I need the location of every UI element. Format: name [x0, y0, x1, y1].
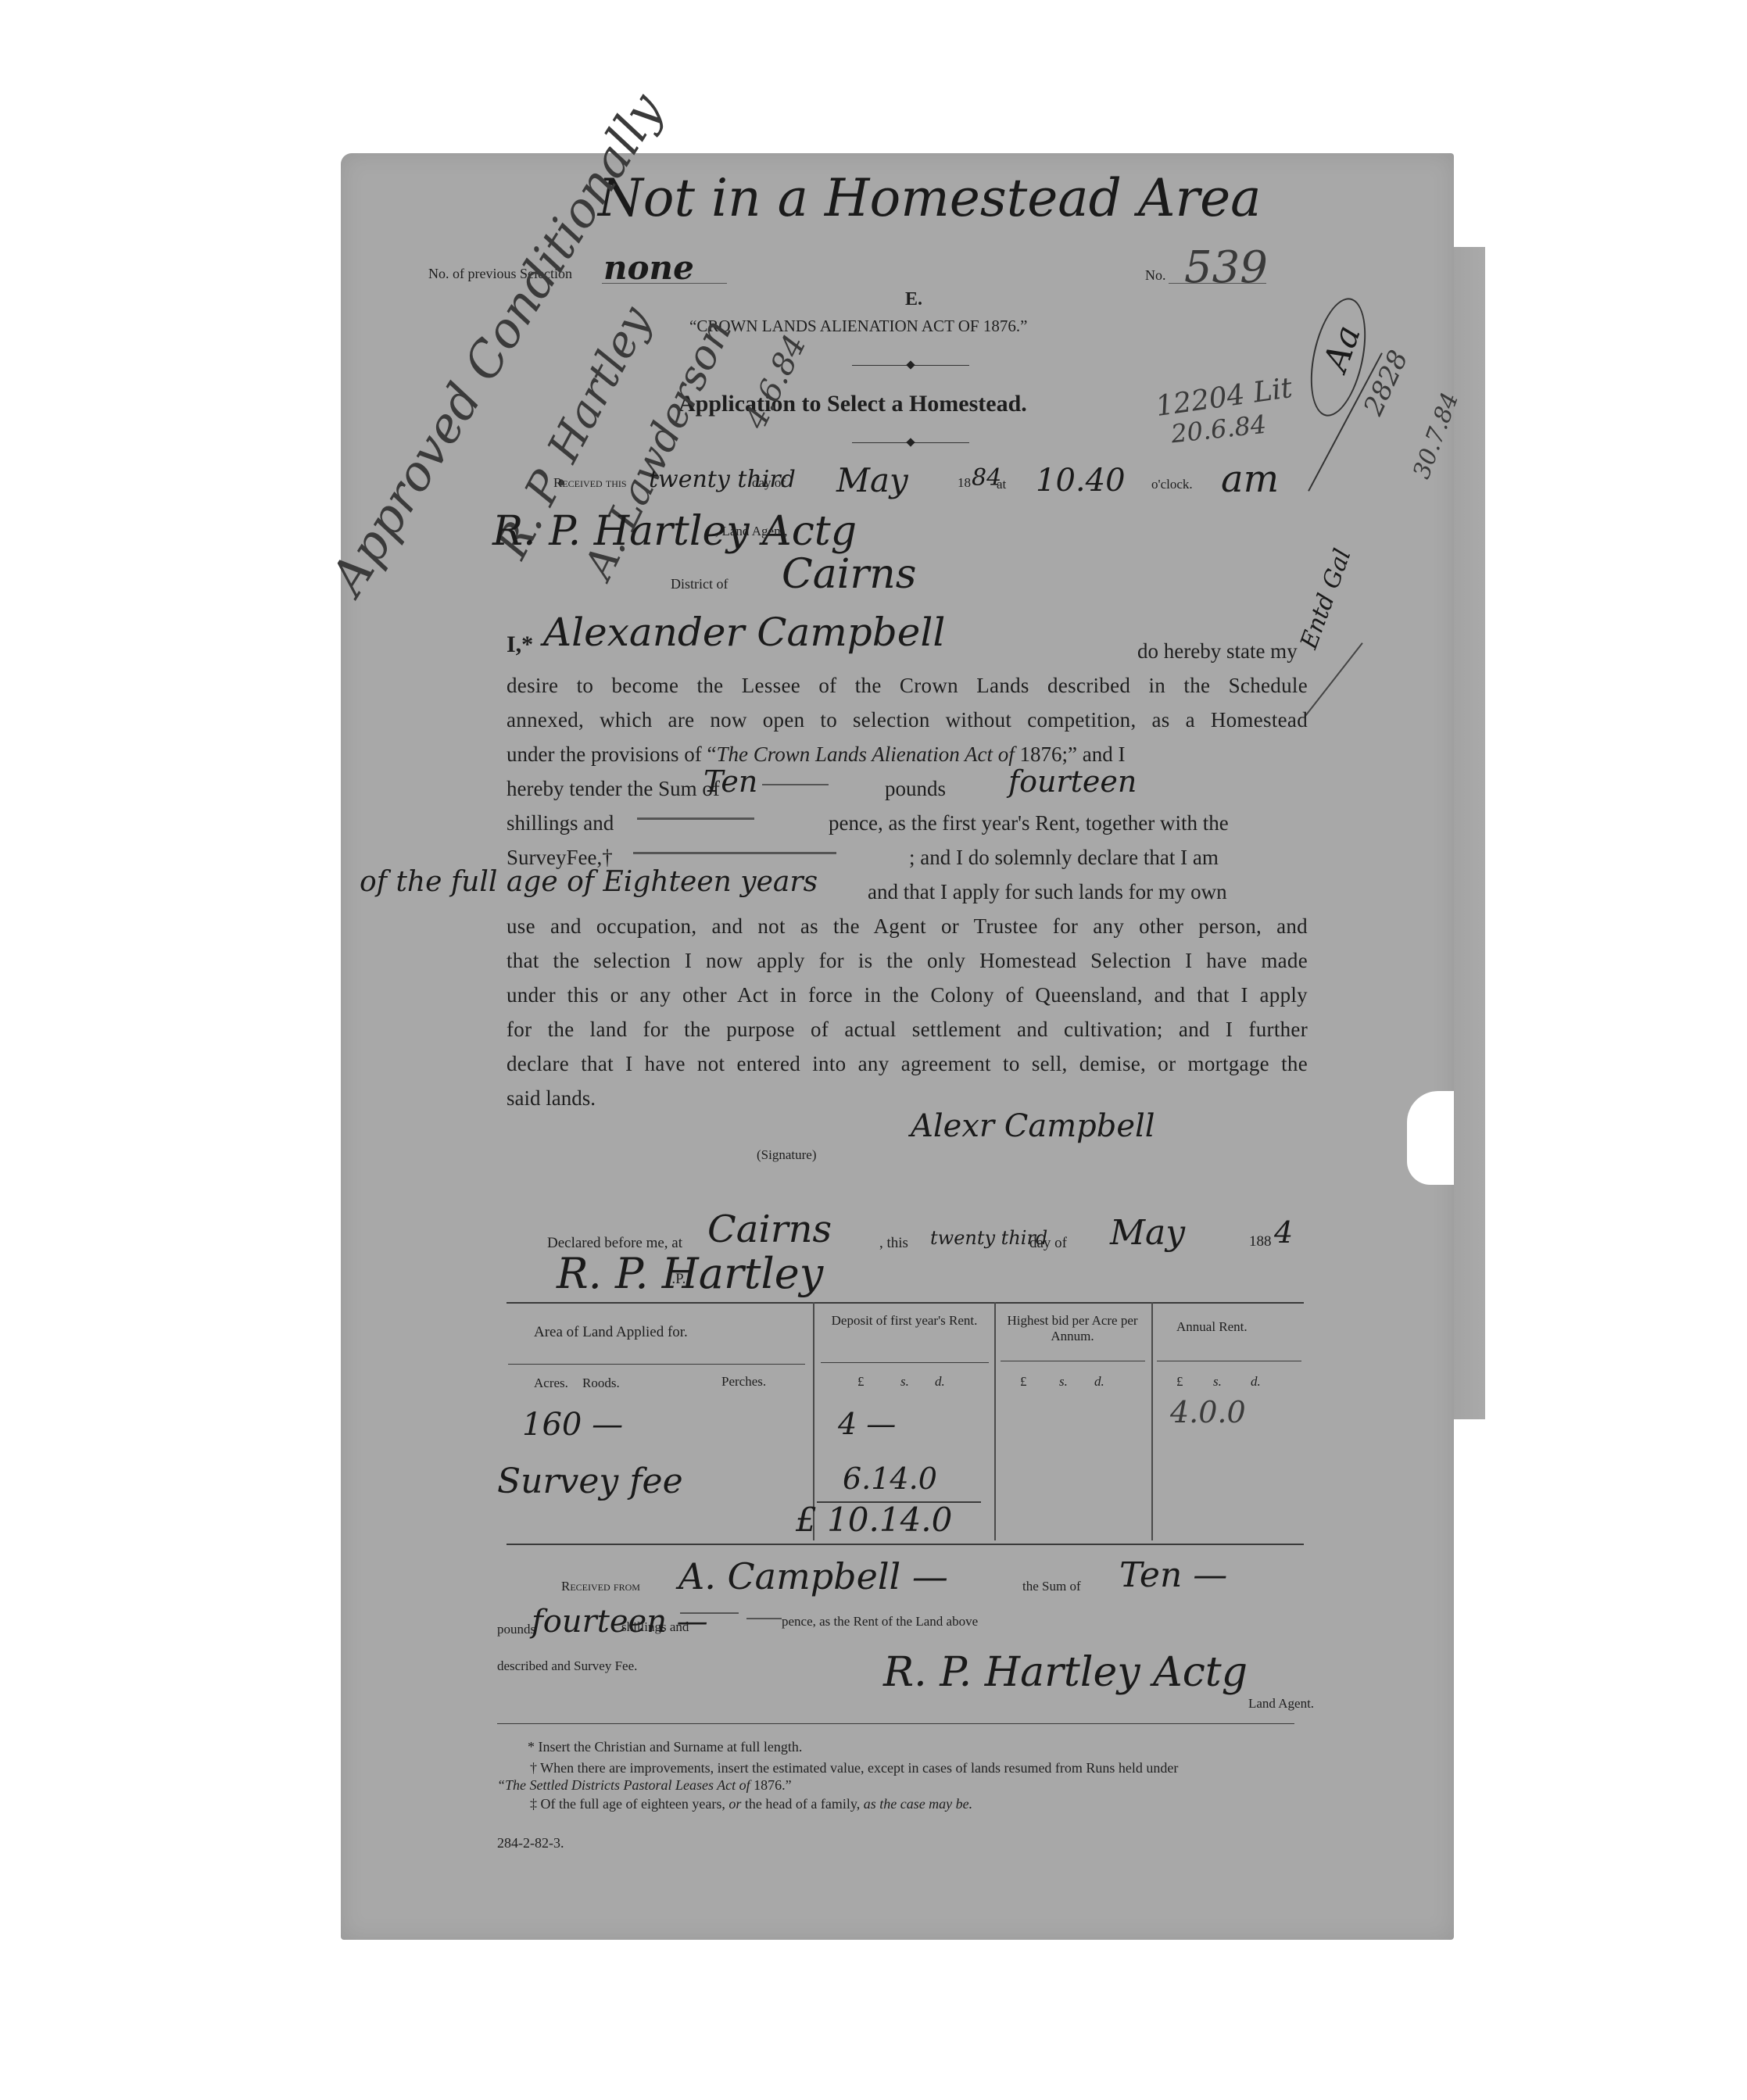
sub-deposit-pounds: £	[857, 1374, 865, 1390]
declaration-line4: under the provisions of “The Crown Lands…	[507, 742, 1308, 767]
sub-bid-pence: d.	[1094, 1374, 1104, 1390]
th-deposit: Deposit of first year's Rent.	[830, 1313, 979, 1329]
sub-perches: Perches.	[721, 1374, 766, 1390]
table-col-divider-3	[1151, 1302, 1153, 1540]
th-annual-rent: Annual Rent.	[1176, 1319, 1248, 1335]
received-at-label: at	[997, 477, 1006, 492]
sub-roods: Roods.	[582, 1376, 620, 1391]
declaration-line7-b: ; and I do solemnly declare that I am	[909, 846, 1219, 870]
district-value: Cairns	[782, 551, 916, 598]
sub-bid-pounds: £	[1020, 1374, 1027, 1390]
declared-place-value: Cairns	[707, 1207, 832, 1251]
footnote-2b-italic: “The Settled Districts Pastoral Leases A…	[497, 1777, 750, 1793]
receipt-pence-dash-2	[746, 1618, 782, 1619]
footnote-rule	[497, 1723, 1294, 1724]
form-code: 284-2-82-3.	[497, 1835, 564, 1851]
survey-fee-dash	[633, 852, 836, 854]
deposit-total: £ 10.14.0	[796, 1501, 952, 1539]
number-line	[1169, 283, 1266, 284]
footnote-2a: † When there are improvements, insert th…	[530, 1760, 1178, 1776]
sub-rent-shillings: s.	[1213, 1374, 1222, 1390]
table-subrule-4	[1157, 1361, 1301, 1361]
applicant-signature: Alexr Campbell	[911, 1108, 1155, 1144]
received-oclock-label: o'clock.	[1151, 477, 1193, 492]
row1-area: 160 —	[522, 1407, 623, 1443]
sub-deposit-pence: d.	[935, 1374, 945, 1390]
footnote-3a: ‡ Of the full age of eighteen years,	[530, 1796, 729, 1812]
declared-this-label: , this	[879, 1235, 908, 1252]
sub-rent-pounds: £	[1176, 1374, 1183, 1390]
declaration-line13: declare that I have not entered into any…	[507, 1052, 1308, 1076]
receipt-sum-value: Ten —	[1119, 1555, 1227, 1595]
declaration-line9: use and occupation, and not as the Agent…	[507, 914, 1308, 939]
table-subrule-2	[821, 1362, 989, 1363]
received-agent-value: R. P. Hartley Actg	[492, 508, 857, 555]
line4-act-italic: The Crown Lands Alienation Act of	[716, 742, 1014, 766]
form-letter: E.	[905, 289, 922, 310]
footnote-3-or: or	[729, 1796, 741, 1812]
declaration-line8-b: and that I apply for such lands for my o…	[868, 880, 1227, 904]
row1-deposit: 4 —	[838, 1407, 896, 1441]
torn-edge	[1407, 1091, 1454, 1185]
declaration-line5-b: pounds	[885, 777, 946, 801]
declared-month-value: May	[1110, 1213, 1185, 1253]
receipt-sum-of-label: the Sum of	[1022, 1579, 1081, 1594]
table-subrule-1	[508, 1364, 805, 1365]
declaration-line12: for the land for the purpose of actual s…	[507, 1018, 1308, 1042]
sub-roods-label: Roods.	[582, 1376, 620, 1390]
row1-annual-rent: 4.0.0	[1170, 1395, 1246, 1429]
receipt-from-label: Received from	[561, 1579, 640, 1594]
prev-selection-line	[602, 283, 727, 284]
jp-signature: R. P. Hartley	[557, 1249, 823, 1298]
receipt-described-label: described and Survey Fee.	[497, 1658, 637, 1674]
declaration-line6-a: shillings and	[507, 811, 614, 835]
receipt-agent-signature: R. P. Hartley Actg	[883, 1649, 1248, 1696]
receipt-agent-label: Land Agent.	[1248, 1696, 1314, 1712]
declaration-line14: said lands.	[507, 1086, 596, 1111]
prev-selection-value: none	[603, 249, 694, 287]
received-year-prefix: 18	[958, 475, 971, 491]
footnote-3-italic: as the case may be.	[864, 1796, 972, 1812]
number-label: No.	[1145, 267, 1166, 284]
footnote-3: ‡ Of the full age of eighteen years, or …	[530, 1796, 972, 1812]
tender-pounds-dash	[762, 784, 829, 785]
line4-prefix: under the provisions of “	[507, 742, 716, 766]
table-col-divider-2	[994, 1302, 996, 1540]
received-time-value: 10.40	[1036, 463, 1126, 499]
number-value: 539	[1184, 242, 1268, 293]
received-month-value: May	[836, 461, 908, 499]
received-label: Received this	[553, 475, 627, 491]
table-bottom-rule	[507, 1544, 1304, 1545]
declaration-i-label: I,*	[507, 631, 533, 658]
form-title: Application to Select a Homestead.	[678, 391, 1027, 417]
tender-pounds-value: Ten	[703, 764, 757, 799]
annotation-not-homestead-area: Not in a Homestead Area	[598, 168, 1262, 228]
declaration-line6-b: pence, as the first year's Rent, togethe…	[829, 811, 1229, 835]
row2-deposit: 6.14.0	[843, 1461, 937, 1496]
declaration-line11: under this or any other Act in force in …	[507, 983, 1308, 1007]
line4-suffix: 1876;” and I	[1015, 742, 1126, 766]
declaration-line10: that the selection I now apply for is th…	[507, 949, 1308, 973]
sub-rent-pence: d.	[1251, 1374, 1261, 1390]
tender-shillings-value: fourteen	[1008, 764, 1137, 799]
footnote-1: * Insert the Christian and Surname at fu…	[528, 1739, 802, 1755]
tender-pence-dash	[637, 817, 754, 820]
receipt-from-value: A. Campbell —	[678, 1555, 948, 1597]
sub-acres: Acres.	[534, 1376, 568, 1391]
declaration-line3: annexed, which are now open to selection…	[507, 708, 1308, 732]
receipt-pounds-label: pounds	[497, 1622, 535, 1637]
th-area: Area of Land Applied for.	[534, 1324, 688, 1341]
declaration-line5-a: hereby tender the Sum of	[507, 777, 720, 801]
declared-day-of-label: day of	[1029, 1235, 1067, 1252]
footnote-2b-tail: 1876.”	[750, 1777, 792, 1793]
jp-label: J.P.	[666, 1271, 686, 1288]
declaration-line1-tail: do hereby state my	[1137, 639, 1298, 664]
sub-deposit-shillings: s.	[900, 1374, 909, 1390]
receipt-pence-label: pence, as the Rent of the Land above	[782, 1614, 978, 1630]
applicant-name: Alexander Campbell	[543, 610, 945, 655]
received-agent-label: , Land Agent,	[715, 524, 788, 539]
row2-area: Survey fee	[497, 1461, 683, 1501]
declaration-line2: desire to become the Lessee of the Crown…	[507, 674, 1308, 698]
th-highest-bid: Highest bid per Acre per Annum.	[1002, 1313, 1143, 1344]
table-top-rule	[507, 1302, 1304, 1304]
footnote-2b: “The Settled Districts Pastoral Leases A…	[497, 1777, 792, 1794]
signature-label: (Signature)	[757, 1147, 816, 1163]
age-declaration-value: of the full age of Eighteen years	[360, 866, 818, 898]
table-subrule-3	[1001, 1361, 1145, 1361]
sub-bid-shillings: s.	[1059, 1374, 1068, 1390]
received-ampm-value: am	[1221, 457, 1279, 501]
received-day-of-label: day of	[752, 475, 786, 491]
receipt-shillings-label: shillings and	[621, 1619, 689, 1635]
footnote-3b: the head of a family,	[741, 1796, 863, 1812]
declared-year-prefix: 188	[1249, 1233, 1272, 1250]
district-label: District of	[671, 576, 729, 592]
receipt-pence-dash-1	[680, 1612, 739, 1614]
declared-year-value: 4	[1274, 1215, 1293, 1250]
